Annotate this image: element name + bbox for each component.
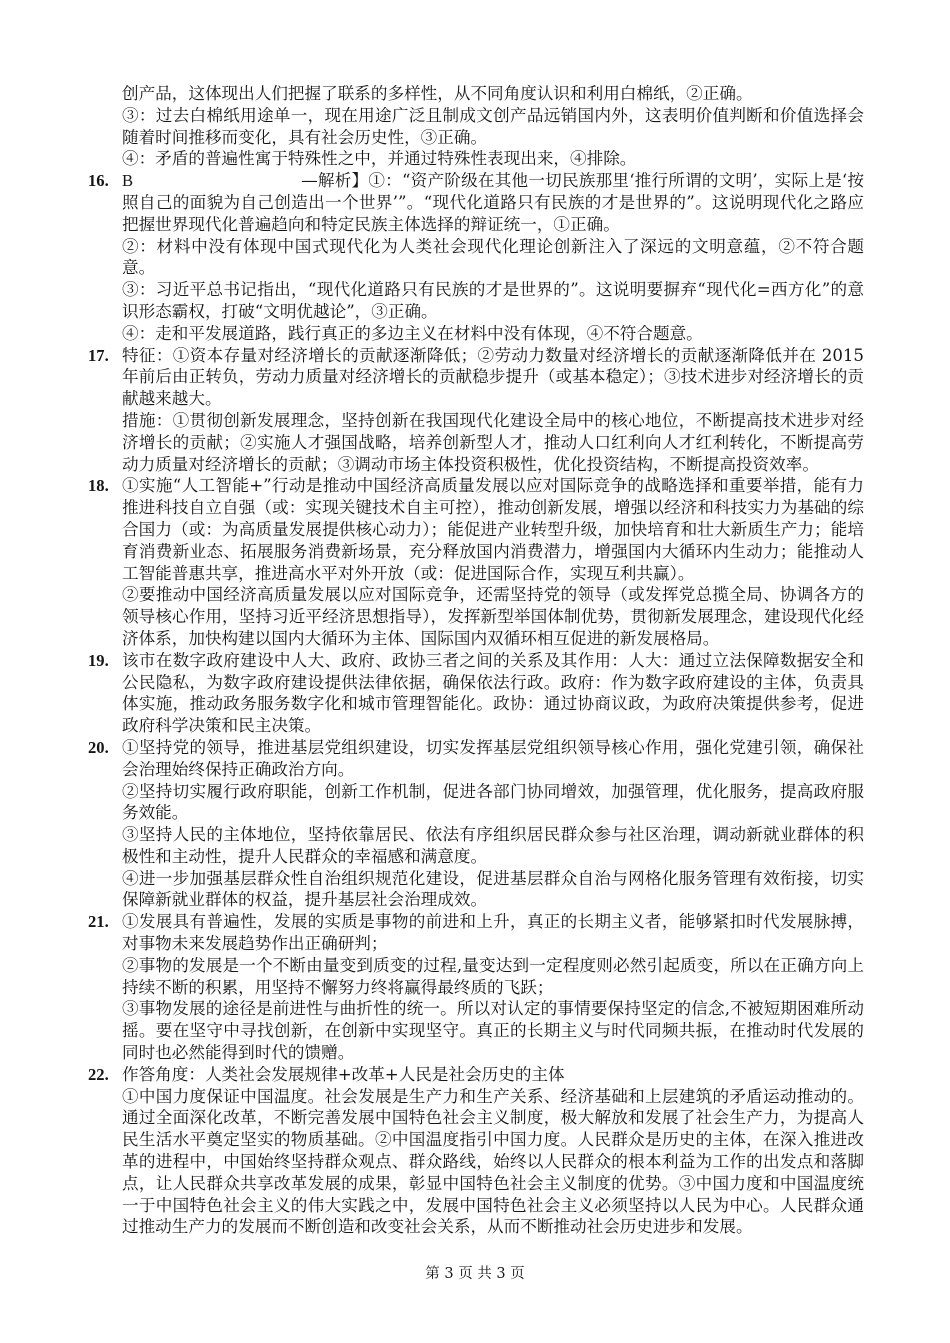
item-paragraph: ③：习近平总书记指出，“现代化道路只有民族的才是世界的”。这说明要摒弃“现代化=… [122, 279, 864, 323]
item-18: 18. ①实施“人工智能+”行动是推动中国经济高质量发展以应对国际竞争的战略选择… [88, 475, 864, 649]
answer-letter: B [122, 171, 133, 190]
continuation-paragraph: ③：过去白棉纸用途单一，现在用途广泛且制成文创产品远销国内外，这表明价值判断和价… [122, 105, 864, 149]
item-number: 17. [88, 345, 122, 367]
item-19: 19. 该市在数字政府建设中人大、政府、政协三者之间的关系及其作用：人大：通过立… [88, 650, 864, 737]
document-page: 创产品，这体现出人们把握了联系的多样性，从不同角度认识和利用白棉纸，②正确。 ③… [0, 0, 950, 1343]
item-number: 20. [88, 737, 122, 759]
item-paragraph: ②坚持切实履行政府职能，创新工作机制，促进各部门协同增效，加强管理，优化服务，提… [122, 781, 864, 825]
item-body: 特征：①资本存量对经济增长的贡献逐渐降低；②劳动力数量对经济增长的贡献逐渐降低并… [122, 345, 864, 476]
item-paragraph: ①发展具有普遍性，发展的实质是事物的前进和上升，真正的长期主义者，能够紧扣时代发… [122, 911, 864, 955]
item-paragraph: ②事物的发展是一个不断由量变到质变的过程,量变达到一定程度则必然引起质变，所以在… [122, 955, 864, 999]
item-number: 22. [88, 1064, 122, 1086]
item-body: ①实施“人工智能+”行动是推动中国经济高质量发展以应对国际竞争的战略选择和重要举… [122, 475, 864, 649]
analysis-label: —解析】 [301, 171, 368, 190]
item-21: 21. ①发展具有普遍性，发展的实质是事物的前进和上升，真正的长期主义者，能够紧… [88, 911, 864, 1064]
item-15-continuation: 创产品，这体现出人们把握了联系的多样性，从不同角度认识和利用白棉纸，②正确。 ③… [88, 83, 864, 170]
item-paragraph: ①实施“人工智能+”行动是推动中国经济高质量发展以应对国际竞争的战略选择和重要举… [122, 475, 864, 584]
item-number: 21. [88, 911, 122, 933]
item-number: 19. [88, 650, 122, 672]
item-paragraph: B—解析】①：“资产阶级在其他一切民族那里‘推行所谓的文明’，实际上是‘按照自己… [122, 170, 864, 235]
analysis-text: ①：“资产阶级在其他一切民族那里‘推行所谓的文明’，实际上是‘按照自己的面貌为自… [122, 171, 864, 234]
item-17: 17. 特征：①资本存量对经济增长的贡献逐渐降低；②劳动力数量对经济增长的贡献逐… [88, 345, 864, 476]
item-paragraph: ②要推动中国经济高质量发展以应对国际竞争，还需坚持党的领导（或发挥党总揽全局、协… [122, 584, 864, 649]
continuation-paragraph: 创产品，这体现出人们把握了联系的多样性，从不同角度认识和利用白棉纸，②正确。 [122, 83, 864, 105]
item-16: 16. B—解析】①：“资产阶级在其他一切民族那里‘推行所谓的文明’，实际上是‘… [88, 170, 864, 344]
item-paragraph: ③坚持人民的主体地位，坚持依靠居民、依法有序组织居民群众参与社区治理，调动新就业… [122, 824, 864, 868]
item-body: ①发展具有普遍性，发展的实质是事物的前进和上升，真正的长期主义者，能够紧扣时代发… [122, 911, 864, 1064]
item-paragraph: ①坚持党的领导，推进基层党组织建设，切实发挥基层党组织领导核心作用，强化党建引领… [122, 737, 864, 781]
item-body: ①坚持党的领导，推进基层党组织建设，切实发挥基层党组织领导核心作用，强化党建引领… [122, 737, 864, 911]
continuation-paragraph: ④：矛盾的普遍性寓于特殊性之中，并通过特殊性表现出来，④排除。 [122, 148, 864, 170]
item-paragraph: ②：材料中没有体现中国式现代化为人类社会现代化理论创新注入了深远的文明意蕴，②不… [122, 236, 864, 280]
item-number: 16. [88, 170, 122, 192]
item-paragraph: 措施：①贯彻创新发展理念，坚持创新在我国现代化建设全局中的核心地位，不断提高技术… [122, 410, 864, 475]
answer-key-body: 创产品，这体现出人们把握了联系的多样性，从不同角度认识和利用白棉纸，②正确。 ③… [88, 83, 864, 1238]
item-paragraph: ④：走和平发展道路，践行真正的多边主义在材料中没有体现，④不符合题意。 [122, 323, 864, 345]
item-paragraph: 该市在数字政府建设中人大、政府、政协三者之间的关系及其作用：人大：通过立法保障数… [122, 650, 864, 737]
item-body: B—解析】①：“资产阶级在其他一切民族那里‘推行所谓的文明’，实际上是‘按照自己… [122, 170, 864, 344]
page-footer: 第 3 页 共 3 页 [0, 1264, 950, 1284]
item-paragraph: ④进一步加强基层群众性自治组织规范化建设，促进基层群众自治与网格化服务管理有效衔… [122, 868, 864, 912]
item-body: 作答角度：人类社会发展规律+改革+人民是社会历史的主体 ①中国力度保证中国温度。… [122, 1064, 864, 1238]
item-paragraph: 特征：①资本存量对经济增长的贡献逐渐降低；②劳动力数量对经济增长的贡献逐渐降低并… [122, 345, 864, 410]
item-20: 20. ①坚持党的领导，推进基层党组织建设，切实发挥基层党组织领导核心作用，强化… [88, 737, 864, 911]
item-22: 22. 作答角度：人类社会发展规律+改革+人民是社会历史的主体 ①中国力度保证中… [88, 1064, 864, 1238]
item-paragraph: ③事物发展的途径是前进性与曲折性的统一。所以对认定的事情要保持坚定的信念,不被短… [122, 998, 864, 1063]
item-paragraph: 作答角度：人类社会发展规律+改革+人民是社会历史的主体 [122, 1064, 864, 1086]
item-number: 18. [88, 475, 122, 497]
item-paragraph: ①中国力度保证中国温度。社会发展是生产力和生产关系、经济基础和上层建筑的矛盾运动… [122, 1086, 864, 1239]
item-body: 该市在数字政府建设中人大、政府、政协三者之间的关系及其作用：人大：通过立法保障数… [122, 650, 864, 737]
